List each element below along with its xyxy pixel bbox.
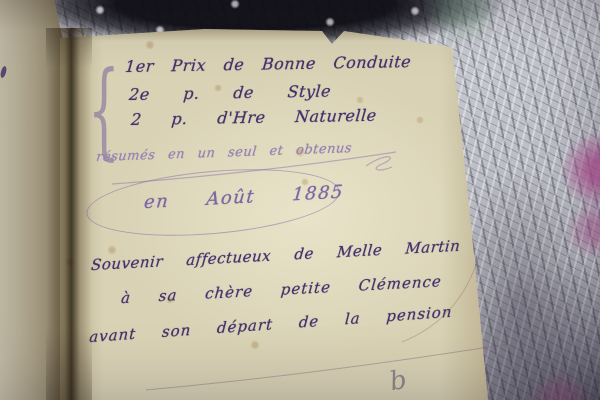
handwriting-layer: { 1er Prix de Bonne Conduite 2e p. de St…	[0, 0, 600, 400]
ink-flourish-strokes	[0, 0, 600, 400]
photo-of-manuscript: { 1er Prix de Bonne Conduite 2e p. de St…	[0, 0, 600, 400]
